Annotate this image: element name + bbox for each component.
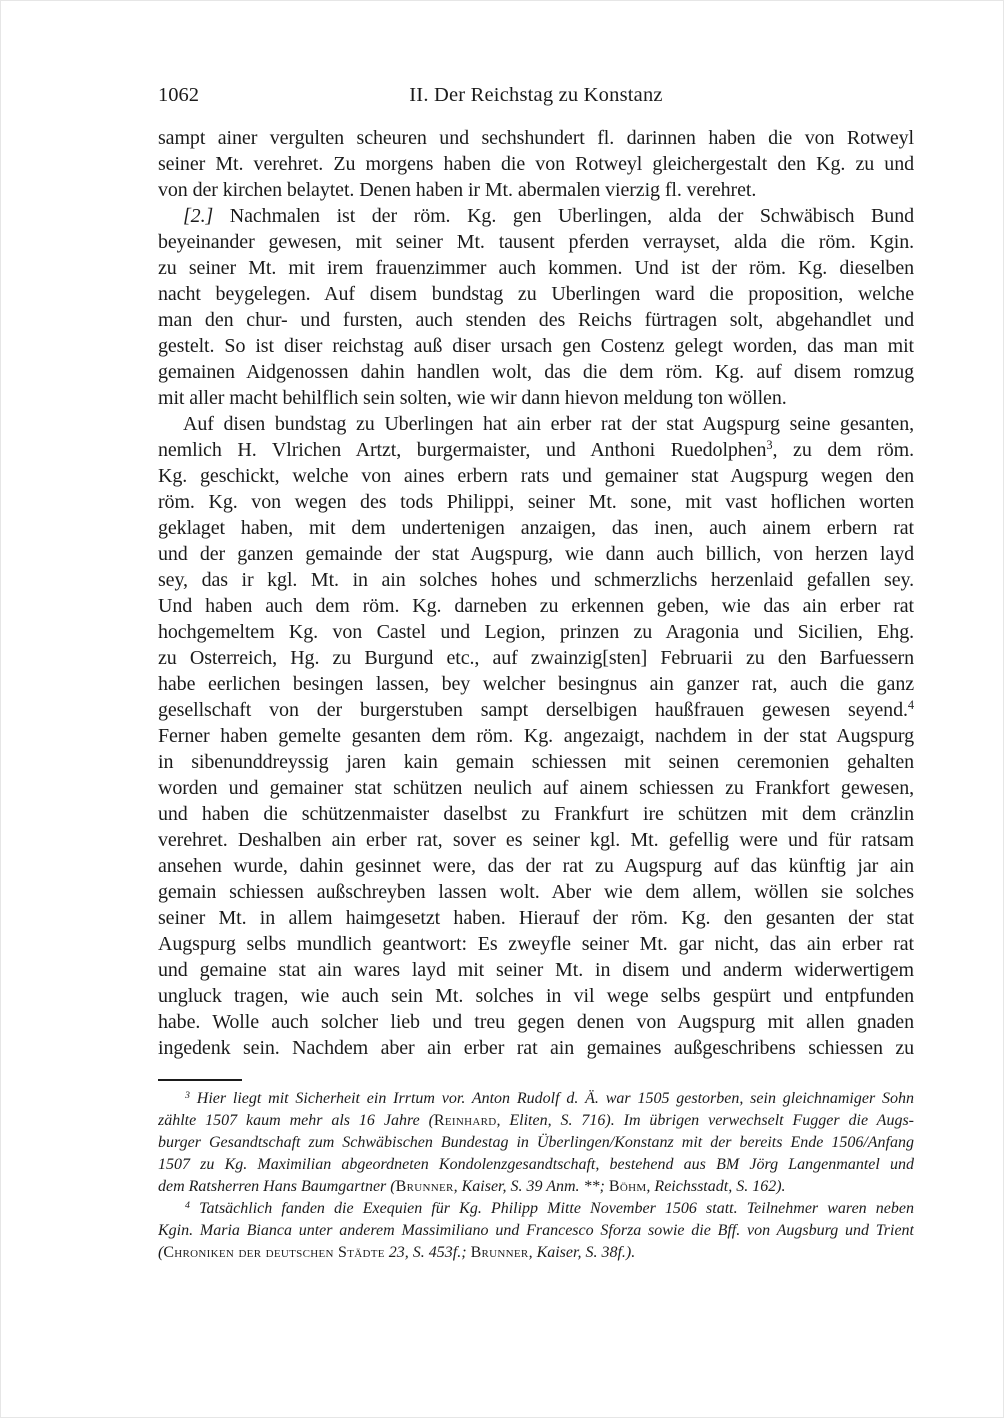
text-line: zu Osterreich, Hg. zu Burgund etc., auf … xyxy=(158,645,914,671)
text-line: gemainen Aidgenossen dahin handlen wolt,… xyxy=(158,359,914,385)
text-line: verehret. Deshalben ain erber rat, sover… xyxy=(158,827,914,853)
footnote-line: (Chroniken der deutschen Städte 23, S. 4… xyxy=(158,1242,914,1264)
running-header-title: II. Der Reichstag zu Konstanz xyxy=(158,82,914,108)
footnote-separator xyxy=(158,1079,242,1081)
text-line: ingedenk sein. Nachdem aber ain erber ra… xyxy=(158,1035,914,1061)
footnote-line: 3 Hier liegt mit Sicherheit ein Irrtum v… xyxy=(158,1088,914,1110)
text-line: Augspurg selbs mundlich geantwort: Es zw… xyxy=(158,931,914,957)
text-line: seiner Mt. in allem haimgesetzt haben. H… xyxy=(158,905,914,931)
footnote-line: 1507 zu Kg. Maximilian abgeordneten Kond… xyxy=(158,1154,914,1176)
footnote-line: Kgin. Maria Bianca unter anderem Massimi… xyxy=(158,1220,914,1242)
book-page: 1062 II. Der Reichstag zu Konstanz sampt… xyxy=(0,0,1004,1418)
text-line: sampt ainer vergulten scheuren und sechs… xyxy=(158,125,914,151)
text-line: gestelt. So ist diser reichstag auß dise… xyxy=(158,333,914,359)
text-line: nemlich H. Vlrichen Artzt, burgermaister… xyxy=(158,437,914,463)
text-line: beyeinander gewesen, mit seiner Mt. taus… xyxy=(158,229,914,255)
text-line: zu seiner Mt. mit irem frauenzimmer auch… xyxy=(158,255,914,281)
text-line: man den chur- und fursten, auch stenden … xyxy=(158,307,914,333)
text-line: und der ganzen gemainde der stat Augspur… xyxy=(158,541,914,567)
text-line: in sibenunddreyssig jaren kain gemain sc… xyxy=(158,749,914,775)
text-line: geklaget haben, mit dem undertenigen anz… xyxy=(158,515,914,541)
text-line: seiner Mt. verehret. Zu morgens haben di… xyxy=(158,151,914,177)
text-line: von der kirchen belaytet. Denen haben ir… xyxy=(158,177,914,203)
text-line: röm. Kg. von wegen des tods Philippi, se… xyxy=(158,489,914,515)
text-line: gesellschaft von der burgerstuben sampt … xyxy=(158,697,914,723)
text-line: nacht beygelegen. Auf disem bundstag zu … xyxy=(158,281,914,307)
page-number: 1062 xyxy=(158,82,199,108)
text-line: Ferner haben gemelte gesanten dem röm. K… xyxy=(158,723,914,749)
main-text: sampt ainer vergulten scheuren und sechs… xyxy=(158,125,914,1061)
text-line: Und haben auch dem röm. Kg. darneben zu … xyxy=(158,593,914,619)
text-line: worden und gemainer stat schützen neulic… xyxy=(158,775,914,801)
footnote-line: dem Ratsherren Hans Baumgartner (Brunner… xyxy=(158,1176,914,1198)
text-line: ansehen wurde, dahin gesinnet were, das … xyxy=(158,853,914,879)
text-line: mit aller macht behilflich sein solten, … xyxy=(158,385,914,411)
text-line: sey, das ir kgl. Mt. in ain solches hohe… xyxy=(158,567,914,593)
text-line: habe eerlichen besingen lassen, bey welc… xyxy=(158,671,914,697)
text-line: gemain schiessen außschreyben lassen wol… xyxy=(158,879,914,905)
text-line: und gemaine stat ain wares layd mit sein… xyxy=(158,957,914,983)
footnotes: 3 Hier liegt mit Sicherheit ein Irrtum v… xyxy=(158,1088,914,1264)
text-line: und haben die schützenmaister daselbst z… xyxy=(158,801,914,827)
running-head: 1062 II. Der Reichstag zu Konstanz xyxy=(158,82,914,108)
text-line: habe. Wolle auch solcher lieb und treu g… xyxy=(158,1009,914,1035)
text-line: Kg. geschickt, welche von aines erbern r… xyxy=(158,463,914,489)
footnote-line: burger Gesandtschaft zum Schwäbischen Bu… xyxy=(158,1132,914,1154)
footnote-line: zählte 1507 kaum mehr als 16 Jahre (Rein… xyxy=(158,1110,914,1132)
text-line: [2.] Nachmalen ist der röm. Kg. gen Uber… xyxy=(158,203,914,229)
text-line: Auf disen bundstag zu Uberlingen hat ain… xyxy=(158,411,914,437)
text-line: ungluck tragen, wie auch sein Mt. solche… xyxy=(158,983,914,1009)
text-line: hochgemeltem Kg. von Castel und Legion, … xyxy=(158,619,914,645)
footnote-line: 4 Tatsächlich fanden die Exequien für Kg… xyxy=(158,1198,914,1220)
